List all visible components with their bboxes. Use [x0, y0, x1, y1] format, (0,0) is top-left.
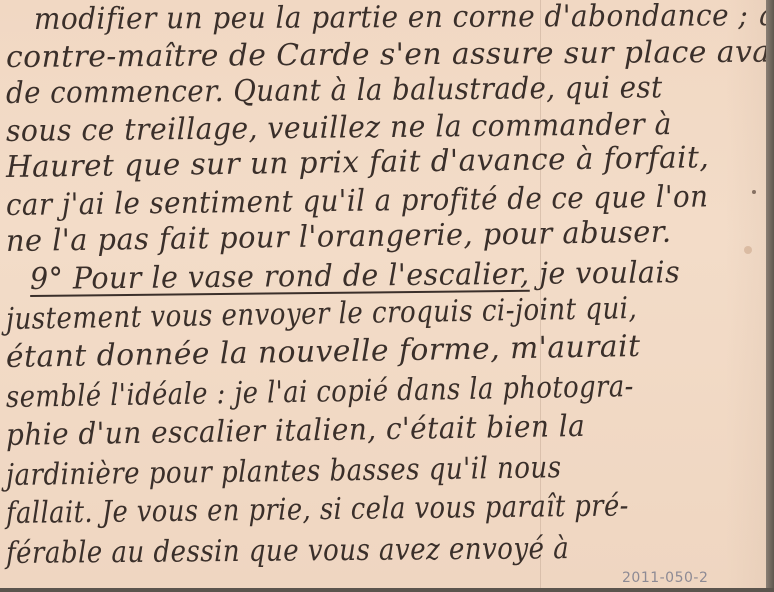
letter-line-14: fallait. Je vous en prie, si cela vous p…	[6, 488, 629, 531]
paper-stain	[744, 246, 752, 254]
letter-line-13: jardinière pour plantes basses qu'il nou…	[6, 450, 562, 493]
scan-bottom-edge	[0, 588, 774, 592]
letter-line-8-continued: je voulais	[539, 255, 680, 291]
letter-line-2: contre-maître de Carde s'en assure sur p…	[6, 34, 766, 75]
letter-line-15: férable au dessin que vous avez envoyé à	[6, 531, 569, 571]
letter-line-10: étant donnée la nouvelle forme, m'aurait	[6, 329, 641, 375]
archive-number: 2011-050-2	[622, 570, 708, 586]
letter-line-8: 9° Pour le vase rond de l'escalier, je v…	[30, 255, 680, 297]
letter-page: modifier un peu la partie en corne d'abo…	[0, 0, 766, 588]
letter-line-12: phie d'un escalier italien, c'était bien…	[6, 409, 586, 453]
paper-stain	[752, 190, 756, 194]
letter-line-3: de commencer. Quant à la balustrade, qui…	[6, 70, 663, 111]
letter-line-1: modifier un peu la partie en corne d'abo…	[34, 0, 766, 37]
scan-right-edge	[766, 0, 774, 592]
underlined-heading: 9° Pour le vase rond de l'escalier,	[30, 257, 530, 297]
